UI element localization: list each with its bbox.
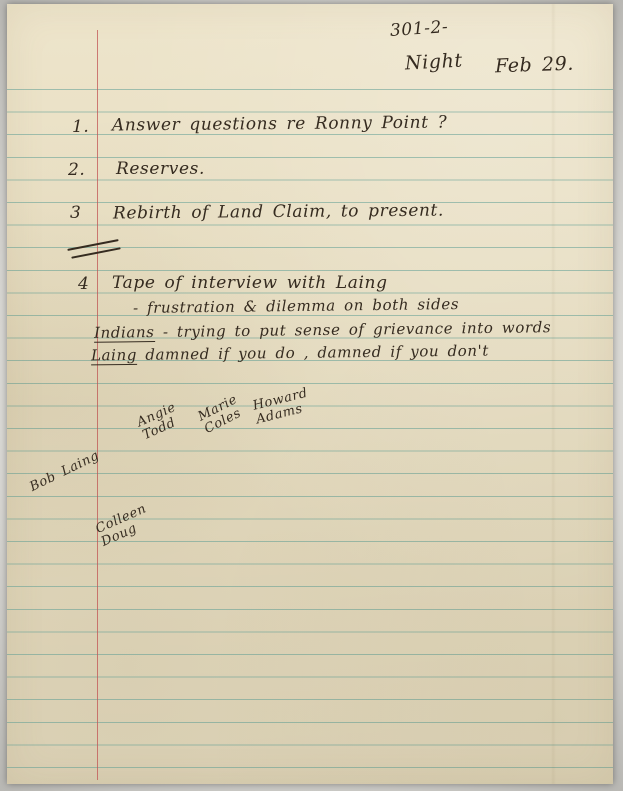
- note-indians: Indians - trying to put sense of grievan…: [94, 319, 551, 342]
- header-date: Feb 29.: [495, 54, 575, 79]
- header-title: Night: [404, 51, 463, 76]
- notebook-paper: 301-2- Night Feb 29. 1. Answer questions…: [7, 4, 613, 784]
- note-3-lead: Laing: [91, 346, 137, 366]
- name-colleen-doug: Colleen Doug: [94, 502, 154, 549]
- note-laing: Laing damned if you do , damned if you d…: [91, 343, 489, 365]
- header-code: 301-2-: [389, 18, 449, 42]
- note-2-text: - trying to put sense of grievance into …: [163, 318, 552, 341]
- item-2-text: Reserves.: [116, 160, 205, 180]
- item-2-number: 2.: [68, 161, 85, 181]
- item-4-number: 4: [78, 275, 89, 295]
- item-3-number: 3: [70, 204, 81, 224]
- scanned-note-page: { "document": { "kind": "handwritten lin…: [0, 0, 623, 791]
- name-4-line1: Bob Laing: [28, 449, 102, 494]
- double-dash-mark: [65, 241, 123, 261]
- item-4-text: Tape of interview with Laing: [112, 274, 388, 294]
- item-1-text: Answer questions re Ronny Point ?: [112, 114, 448, 136]
- name-marie-coles: Marie Coles: [196, 393, 246, 436]
- red-margin-line: [97, 30, 98, 780]
- note-2-lead: Indians: [94, 323, 155, 343]
- note-frustration: - frustration & dilemma on both sides: [133, 296, 459, 317]
- name-angie-todd: Angie Todd: [135, 401, 183, 443]
- item-1-number: 1.: [72, 118, 89, 138]
- item-3-text: Rebirth of Land Claim, to present.: [113, 202, 444, 224]
- name-howard-adams: Howard Adams: [252, 387, 313, 427]
- name-bob-laing: Bob Laing: [28, 449, 102, 494]
- note-3-text: damned if you do , damned if you don't: [145, 342, 489, 364]
- note-1-text: - frustration & dilemma on both sides: [133, 295, 459, 317]
- ruled-lines: [7, 89, 613, 780]
